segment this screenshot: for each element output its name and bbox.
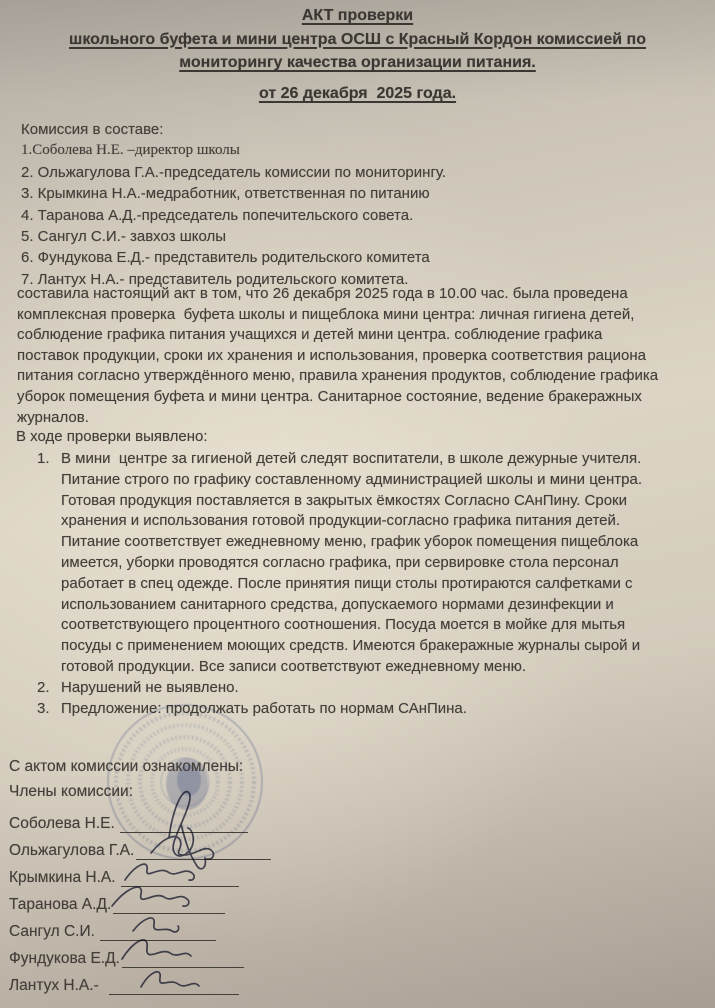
- signature-row: Лантух Н.А.-: [9, 968, 271, 995]
- finding-line: Питание строго по графику составленному …: [61, 470, 711, 491]
- acknowledgment-section: С актом комиссии ознакомлены: Члены коми…: [9, 758, 271, 995]
- committee-heading: Комиссия в составе:: [21, 119, 707, 140]
- finding-line: Нарушений не выявлено.: [61, 678, 711, 699]
- finding-line: Питание соответствует ежедневному меню, …: [61, 532, 711, 553]
- signature-row: Фундукова Е.Д.: [9, 941, 271, 968]
- committee-section: Комиссия в составе: 1.Соболева Н.Е. –дир…: [21, 119, 707, 290]
- paragraph-line: соблюдение графика питания учащихся и де…: [17, 325, 709, 346]
- finding-line: Готовая продукция поставляется в закрыты…: [61, 491, 711, 512]
- paragraph-line: составила настоящий акт в том, что 26 де…: [17, 284, 709, 305]
- finding-number: 2.: [37, 678, 50, 699]
- signature-row: Сангул С.И.: [9, 914, 271, 941]
- signer-name: Фундукова Е.Д.: [9, 950, 120, 968]
- signature-rows: Соболева Н.Е. Ольжагулова Г.А. Крымкина …: [9, 806, 271, 995]
- signature-line: [121, 871, 239, 887]
- signature-line: [136, 844, 271, 860]
- committee-member: 6. Фундукова Е.Д.- представитель родител…: [21, 247, 707, 268]
- finding-line: Предложение: продолжать работать по норм…: [61, 699, 711, 720]
- signature-line: [122, 952, 244, 968]
- signature-line: [120, 817, 248, 833]
- finding-line: использованием санитарного средства, доп…: [61, 595, 711, 616]
- finding-item-3: 3. Предложение: продолжать работать по н…: [0, 699, 711, 720]
- signer-name: Ольжагулова Г.А.: [9, 842, 134, 860]
- committee-member: 1.Соболева Н.Е. –директор школы: [21, 140, 707, 161]
- acknowledgment-heading: С актом комиссии ознакомлены:: [9, 758, 271, 776]
- document-photo: АКТ проверки школьного буфета и мини цен…: [0, 0, 715, 1008]
- signature-row: Ольжагулова Г.А.: [9, 833, 271, 860]
- finding-line: готовой продукции. Все записи соответств…: [61, 657, 711, 678]
- document-title: АКТ проверки школьного буфета и мини цен…: [0, 4, 715, 75]
- committee-member: 2. Ольжагулова Г.А.-председатель комисси…: [21, 162, 707, 183]
- paragraph-line: журналов.: [17, 408, 709, 429]
- finding-line: соответствующего процентного соотношения…: [61, 615, 711, 636]
- signature-line: [109, 979, 239, 995]
- signer-name: Таранова А.Д.: [9, 896, 111, 914]
- finding-number: 3.: [37, 699, 50, 720]
- signature-row: Соболева Н.Е.: [9, 806, 271, 833]
- committee-member: 3. Крымкина Н.А.-медработник, ответствен…: [21, 183, 707, 204]
- paragraph-line: уборок помещения буфета и мини центра. С…: [17, 387, 709, 408]
- finding-number: 1.: [37, 449, 50, 470]
- signer-name: Соболева Н.Е.: [9, 815, 115, 833]
- act-statement-paragraph: составила настоящий акт в том, что 26 де…: [17, 284, 709, 428]
- signer-name: Крымкина Н.А.: [9, 869, 116, 887]
- finding-line: имеется, уборки проводятся согласно граф…: [61, 553, 711, 574]
- finding-item-1: 1. В мини центре за гигиеной детей следя…: [0, 449, 711, 678]
- signer-name: Лантух Н.А.-: [9, 977, 99, 995]
- findings-list: 1. В мини центре за гигиеной детей следя…: [0, 449, 711, 719]
- title-line-2: школьного буфета и мини центра ОСШ с Кра…: [0, 28, 715, 52]
- committee-member: 5. Сангул С.И.- завхоз школы: [21, 226, 707, 247]
- committee-member: 4. Таранова А.Д.-председатель попечитель…: [21, 205, 707, 226]
- title-line-1: АКТ проверки: [0, 4, 715, 28]
- finding-item-2: 2. Нарушений не выявлено.: [0, 678, 711, 699]
- signature-row: Таранова А.Д.: [9, 887, 271, 914]
- signature-line: [113, 898, 225, 914]
- signature-line: [100, 925, 216, 941]
- finding-line: хранения и использования готовой продукц…: [61, 511, 711, 532]
- title-line-3: мониторингу качества организации питания…: [0, 51, 715, 75]
- signature-row: Крымкина Н.А.: [9, 860, 271, 887]
- finding-line: В мини центре за гигиеной детей следят в…: [61, 449, 711, 470]
- finding-text: В мини центре за гигиеной детей следят в…: [61, 449, 711, 678]
- findings-heading: В ходе проверки выявлено:: [16, 428, 208, 445]
- paragraph-line: поставок продукции, сроки их хранения и …: [17, 346, 709, 367]
- document-date: от 26 декабря 2025 года.: [0, 85, 715, 103]
- finding-line: работает в спец одежде. После принятия п…: [61, 574, 711, 595]
- paragraph-line: питания согласно утверждённого меню, пра…: [17, 366, 709, 387]
- signer-name: Сангул С.И.: [9, 923, 95, 941]
- paragraph-line: комплексная проверка буфета школы и пище…: [17, 305, 709, 326]
- finding-line: посуды с применением моющих средств. Име…: [61, 636, 711, 657]
- acknowledgment-subheading: Члены комиссии:: [9, 783, 271, 801]
